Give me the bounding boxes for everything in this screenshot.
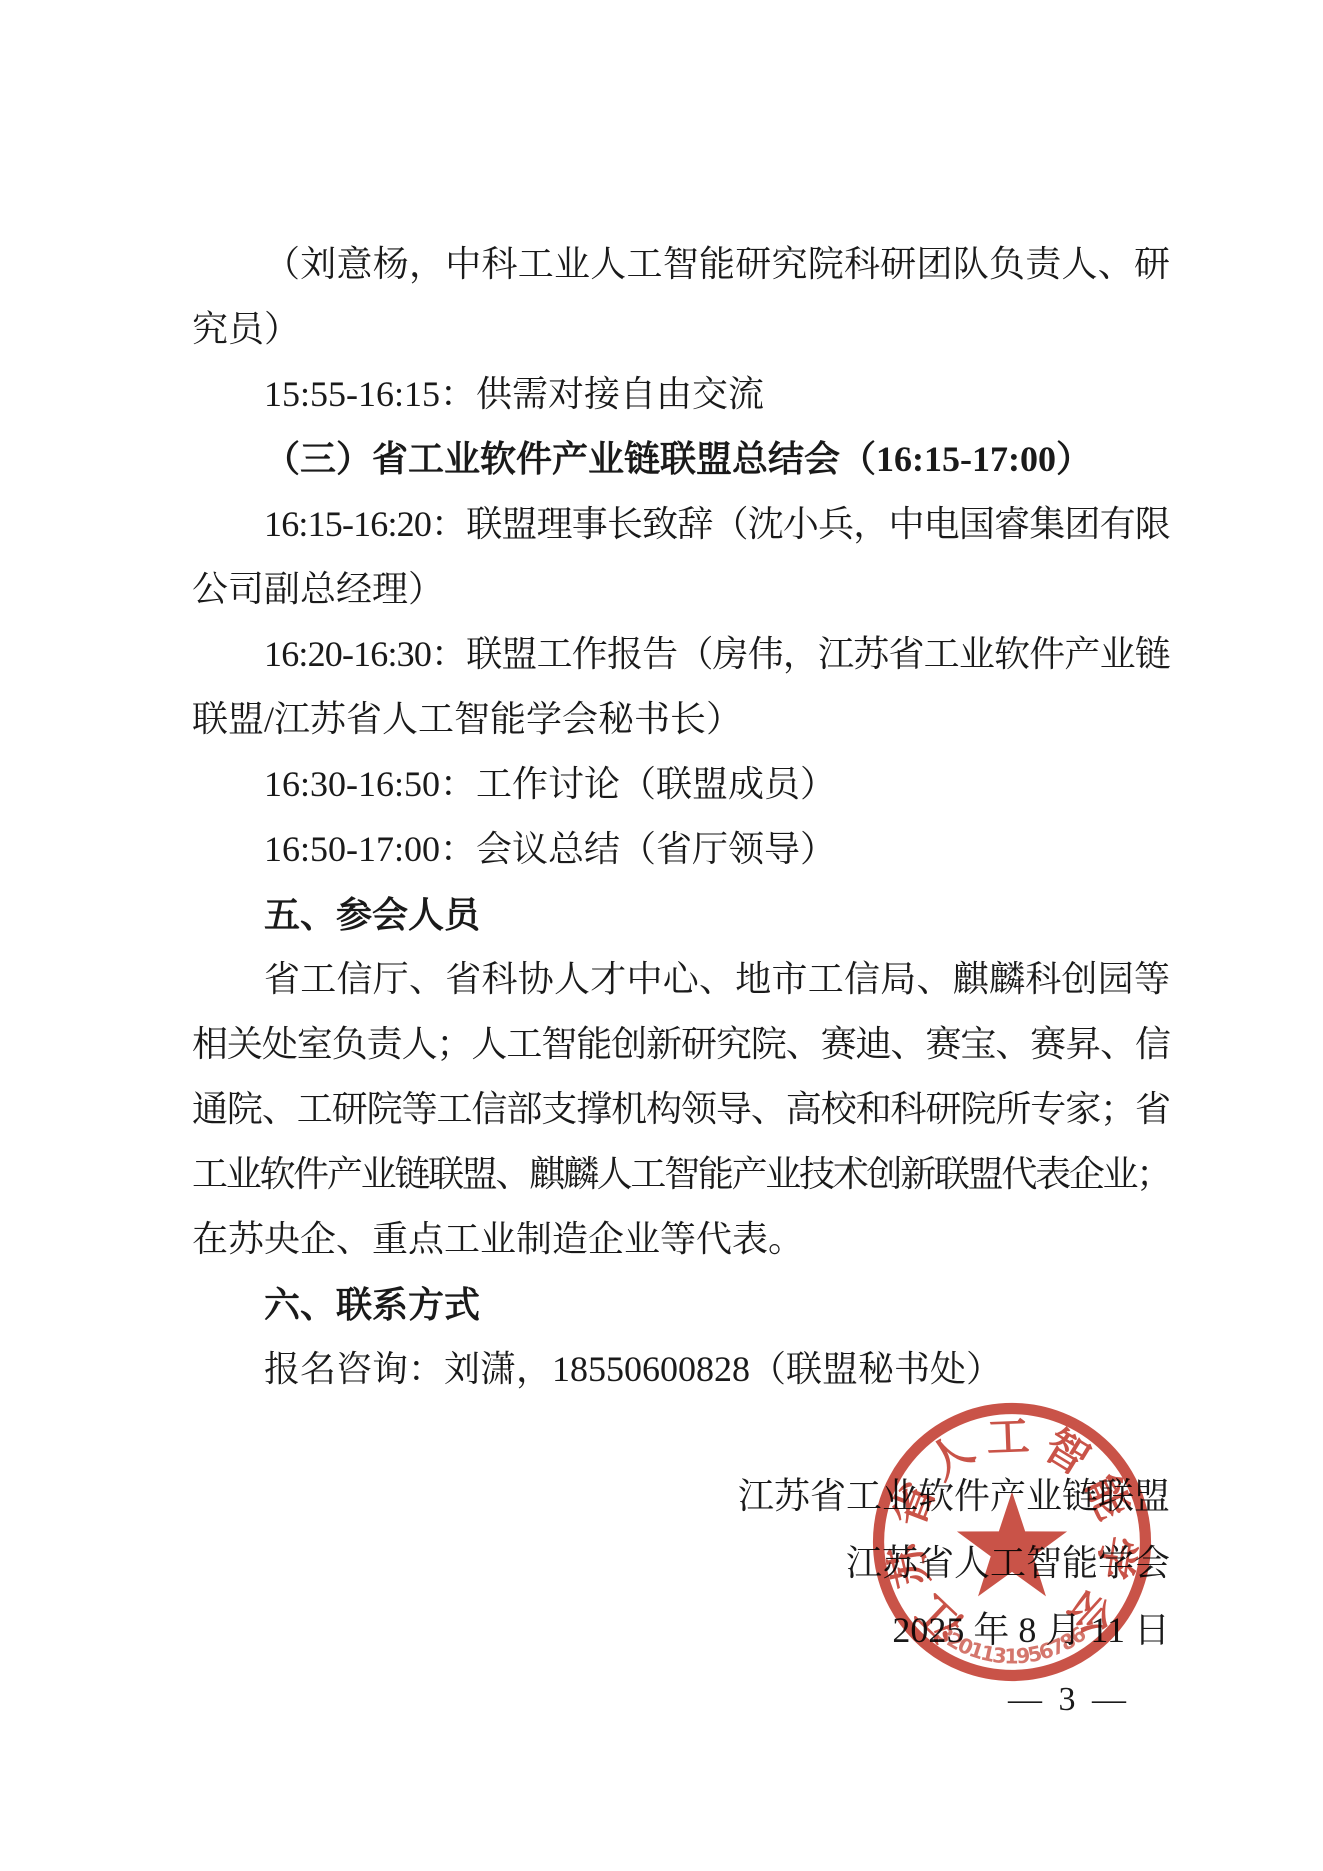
body-line-text: 工业软件产业链联盟、麒麟人工智能产业技术创新联盟代表企业；: [192, 1154, 1170, 1194]
body-line: 16:15-16:20：联盟理事长致辞（沈小兵，中电国睿集团有限: [192, 492, 1170, 557]
body-line: 16:30-16:50：工作讨论（联盟成员）: [192, 752, 1170, 817]
body-line: 联盟/江苏省人工智能学会秘书长）: [192, 687, 1170, 752]
body-line: 15:55-16:15：供需对接自由交流: [192, 362, 1170, 427]
body-line-text: （三）省工业软件产业链联盟总结会（16:15-17:00）: [264, 439, 1092, 479]
page-number: — 3 —: [1008, 1678, 1130, 1722]
body-line: 公司副总经理）: [192, 557, 1170, 622]
signature-org-primary: 江苏省工业软件产业链联盟: [738, 1463, 1170, 1530]
body-line-text: 16:30-16:50：工作讨论（联盟成员）: [264, 764, 836, 804]
body-line: 工业软件产业链联盟、麒麟人工智能产业技术创新联盟代表企业；: [192, 1142, 1170, 1207]
body-line-text: 在苏央企、重点工业制造企业等代表。: [192, 1219, 804, 1259]
document-body: （刘意杨，中科工业人工智能研究院科研团队负责人、研究员）15:55-16:15：…: [192, 232, 1170, 1402]
body-line-text: 究员）: [192, 309, 300, 349]
body-line: （刘意杨，中科工业人工智能研究院科研团队负责人、研: [192, 232, 1170, 297]
body-line-text: 通院、工研院等工信部支撑机构领导、高校和科研院所专家；省: [192, 1089, 1170, 1129]
body-line-text: 16:50-17:00：会议总结（省厅领导）: [264, 829, 836, 869]
signature-org-secondary: 江苏省人工智能学会: [738, 1530, 1170, 1597]
body-line: （三）省工业软件产业链联盟总结会（16:15-17:00）: [192, 427, 1170, 492]
body-line-text: 六、联系方式: [264, 1284, 480, 1325]
signature-block: 江苏省工业软件产业链联盟 江苏省人工智能学会 2025 年 8 月 11 日: [738, 1463, 1170, 1664]
body-line-text: 15:55-16:15：供需对接自由交流: [264, 374, 764, 414]
document-page: （刘意杨，中科工业人工智能研究院科研团队负责人、研究员）15:55-16:15：…: [0, 0, 1323, 1871]
body-line: 通院、工研院等工信部支撑机构领导、高校和科研院所专家；省: [192, 1077, 1170, 1142]
signature-date: 2025 年 8 月 11 日: [738, 1597, 1170, 1664]
body-line-text: （刘意杨，中科工业人工智能研究院科研团队负责人、研: [264, 244, 1170, 284]
body-line-text: 报名咨询：刘潇，18550600828（联盟秘书处）: [264, 1349, 1002, 1389]
section-heading: 五、参会人员: [192, 882, 1170, 947]
body-line: 在苏央企、重点工业制造企业等代表。: [192, 1207, 1170, 1272]
body-line: 相关处室负责人；人工智能创新研究院、赛迪、赛宝、赛昇、信: [192, 1012, 1170, 1077]
body-line: 报名咨询：刘潇，18550600828（联盟秘书处）: [192, 1337, 1170, 1402]
body-line-text: 联盟/江苏省人工智能学会秘书长）: [192, 699, 742, 739]
body-line-text: 16:20-16:30：联盟工作报告（房伟，江苏省工业软件产业链: [264, 634, 1170, 674]
body-line-text: 公司副总经理）: [192, 569, 444, 609]
body-line: 16:50-17:00：会议总结（省厅领导）: [192, 817, 1170, 882]
body-line: 究员）: [192, 297, 1170, 362]
body-line-text: 五、参会人员: [264, 894, 480, 935]
body-line-text: 省工信厅、省科协人才中心、地市工信局、麒麟科创园等: [264, 959, 1170, 999]
body-line-text: 相关处室负责人；人工智能创新研究院、赛迪、赛宝、赛昇、信: [192, 1024, 1170, 1064]
body-line-text: 16:15-16:20：联盟理事长致辞（沈小兵，中电国睿集团有限: [264, 504, 1170, 544]
body-line: 16:20-16:30：联盟工作报告（房伟，江苏省工业软件产业链: [192, 622, 1170, 687]
body-line: 省工信厅、省科协人才中心、地市工信局、麒麟科创园等: [192, 947, 1170, 1012]
section-heading: 六、联系方式: [192, 1272, 1170, 1337]
